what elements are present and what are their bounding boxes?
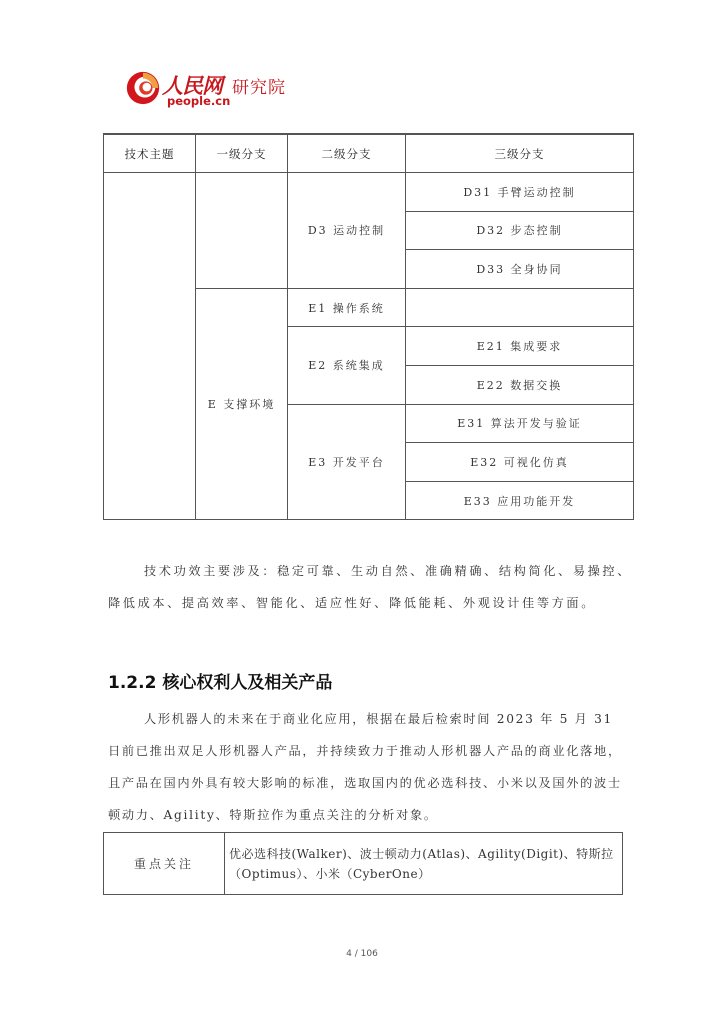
table-row: D3 运动控制 D31 手臂运动控制 — [104, 173, 634, 212]
level1-cell-e: E 支撑环境 — [196, 288, 288, 520]
level3-cell-e32: E32 可视化仿真 — [406, 443, 634, 482]
header-level2: 二级分支 — [288, 134, 406, 173]
level3-cell-d33: D33 全身协同 — [406, 250, 634, 289]
people-cn-logo: 人民网 people.cn 研究院 — [120, 66, 300, 110]
header-level3: 三级分支 — [406, 134, 634, 173]
level2-cell-e1: E1 操作系统 — [288, 288, 406, 327]
intro-paragraph: 人形机器人的未来在于商业化应用，根据在最后检索时间 2023 年 5 月 31 … — [108, 703, 632, 831]
tech-topic-cell — [104, 173, 196, 520]
focus-value-cell: 优必选科技(Walker)、波士顿动力(Atlas)、Agility(Digit… — [225, 833, 623, 895]
focus-table: 重点关注 优必选科技(Walker)、波士顿动力(Atlas)、Agility(… — [103, 832, 623, 895]
header-tech-topic: 技术主题 — [104, 134, 196, 173]
level1-cell-empty — [196, 173, 288, 289]
focus-label-cell: 重点关注 — [104, 833, 225, 895]
level3-cell-d31: D31 手臂运动控制 — [406, 173, 634, 212]
logo-mark-icon — [124, 69, 162, 107]
effects-paragraph: 技术功效主要涉及：稳定可靠、生动自然、准确精确、结构简化、易操控、降低成本、提高… — [108, 555, 632, 619]
logo-institute-text: 研究院 — [232, 73, 286, 98]
level3-cell-e33: E33 应用功能开发 — [406, 481, 634, 520]
level3-cell-e22: E22 数据交换 — [406, 365, 634, 404]
level2-cell-d3: D3 运动控制 — [288, 173, 406, 289]
header-level1: 一级分支 — [196, 134, 288, 173]
table-header-row: 技术主题 一级分支 二级分支 三级分支 — [104, 134, 634, 173]
tech-branch-table: 技术主题 一级分支 二级分支 三级分支 D3 运动控制 D31 手臂运动控制 D… — [103, 133, 634, 520]
page-indicator: 4 / 106 — [0, 949, 724, 959]
logo-domain-text: people.cn — [167, 94, 230, 108]
level3-cell-empty — [406, 288, 634, 327]
level3-cell-e21: E21 集成要求 — [406, 327, 634, 366]
level2-cell-e2: E2 系统集成 — [288, 327, 406, 404]
level2-cell-e3: E3 开发平台 — [288, 404, 406, 520]
section-heading: 1.2.2 核心权利人及相关产品 — [108, 668, 332, 693]
level3-cell-e31: E31 算法开发与验证 — [406, 404, 634, 443]
level3-cell-d32: D32 步态控制 — [406, 211, 634, 250]
table-row: 重点关注 优必选科技(Walker)、波士顿动力(Atlas)、Agility(… — [104, 833, 623, 895]
